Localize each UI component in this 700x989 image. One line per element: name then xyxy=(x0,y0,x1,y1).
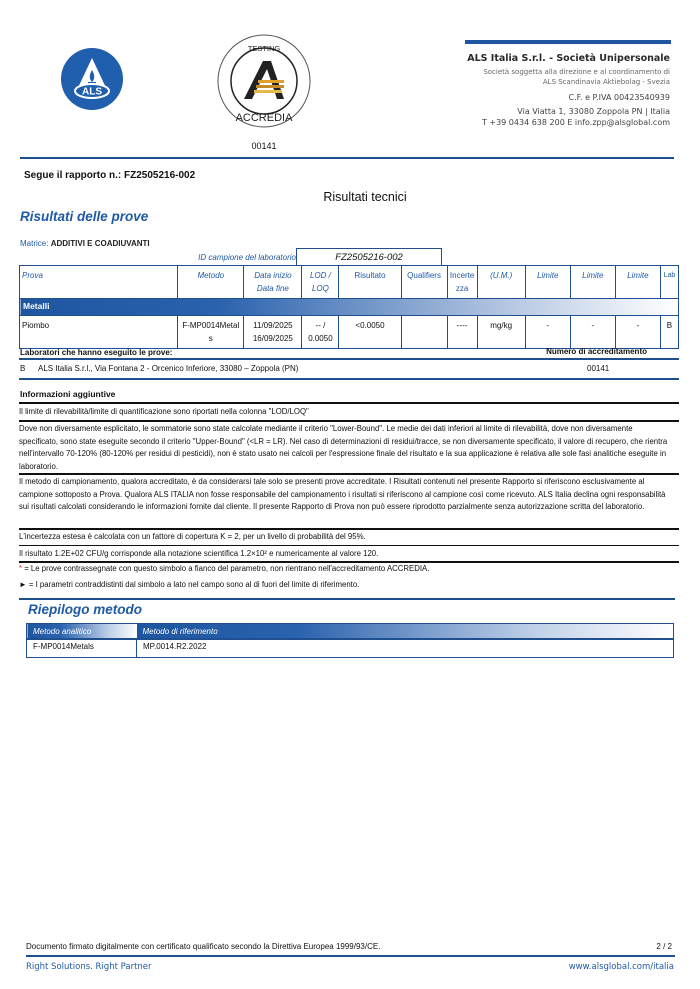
matrix-label: Matrice xyxy=(20,239,46,248)
company-address: Via Viatta 1, 33080 Zoppola PN | Italia xyxy=(467,106,670,117)
note-uncertainty: L'incertezza estesa è calcolata con un f… xyxy=(19,531,669,544)
note-bound: Dove non diversamente esplicitato, le so… xyxy=(19,423,669,473)
sample-id-label: ID campione del laboratorio xyxy=(150,253,296,262)
method-header-row: Metodo analitico Metodo di riferimento xyxy=(27,624,674,640)
svg-text:ACCREDIA: ACCREDIA xyxy=(236,112,294,124)
matrix-value: ADDITIVI E COADIUVANTI xyxy=(51,239,150,248)
cell-limite-1: - xyxy=(525,316,570,349)
report-reference: Segue il rapporto n.: FZ2505216-002 xyxy=(24,170,195,181)
col-limite-2: Limite xyxy=(570,266,615,299)
lab-code: B xyxy=(20,364,38,373)
triangle-right-icon: ► xyxy=(19,580,27,589)
info-title: Informazioni aggiuntive xyxy=(20,389,115,399)
cell-metodo-analitico: F-MP0014Metals xyxy=(27,639,137,658)
footer-website-link[interactable]: www.alsglobal.com/italia xyxy=(569,962,674,972)
results-section-title: Risultati delle prove xyxy=(20,209,148,224)
col-qualifiers: Qualifiers xyxy=(401,266,447,299)
company-sub-1: Società soggetta alla direzione e al coo… xyxy=(467,67,670,77)
cell-date: 11/09/202516/09/2025 xyxy=(244,316,302,349)
company-name: ALS Italia S.r.l. - Società Unipersonale xyxy=(467,53,670,64)
labs-header: Laboratori che hanno eseguito le prove: xyxy=(20,348,172,357)
labs-accreditation-header: Numero di accreditamento xyxy=(546,347,647,356)
footer-slogan: Right Solutions. Right Partner xyxy=(26,962,152,972)
cell-lod-loq: -- /0.0050 xyxy=(302,316,339,349)
method-summary-title: Riepilogo metodo xyxy=(28,602,142,617)
cell-prova: Piombo xyxy=(20,316,178,349)
cell-incertezza: ---- xyxy=(447,316,477,349)
cell-limite-3: - xyxy=(615,316,660,349)
method-summary-table: Metodo analitico Metodo di riferimento F… xyxy=(26,623,674,658)
group-row-metalli: Metalli xyxy=(20,299,679,316)
cell-limite-2: - xyxy=(570,316,615,349)
col-um: (U.M.) xyxy=(477,266,525,299)
svg-text:TESTING: TESTING xyxy=(248,44,281,53)
col-lab: Lab xyxy=(660,266,678,299)
col-data: Data inizioData fine xyxy=(244,266,302,299)
table-row: F-MP0014Metals MP.0014.R2.2022 xyxy=(27,639,674,658)
header-divider xyxy=(20,157,674,159)
col-metodo-riferimento: Metodo di riferimento xyxy=(137,624,674,640)
method-divider xyxy=(19,598,675,600)
labs-divider-top xyxy=(19,358,679,360)
lab-row: BALS Italia S.r.l., Via Fontana 2 - Orce… xyxy=(20,364,298,373)
cell-lab: B xyxy=(660,316,678,349)
info-rule xyxy=(19,473,679,475)
cell-um: mg/kg xyxy=(477,316,525,349)
note-scientific: Il risultato 1.2E+02 CFU/g corrisponde a… xyxy=(19,548,669,561)
company-sub-2: ALS Scandinavia Aktiebolag - Svezia xyxy=(467,77,670,87)
col-lod-loq: LOD /LOQ xyxy=(302,266,339,299)
cell-risultato: <0.0050 xyxy=(339,316,401,349)
signature-note: Documento firmato digitalmente con certi… xyxy=(26,942,380,951)
cell-metodo-riferimento: MP.0014.R2.2022 xyxy=(137,639,674,658)
als-logo: ALS xyxy=(61,48,123,110)
svg-text:ALS: ALS xyxy=(82,87,102,98)
company-contact: T +39 0434 638 200 E info.zpp@alsglobal.… xyxy=(467,117,670,128)
table-row: Piombo F-MP0014Metals 11/09/202516/09/20… xyxy=(20,316,679,349)
col-incertezza: Incertezza xyxy=(447,266,477,299)
info-rule xyxy=(19,402,679,404)
note-arrow: ► = I parametri contraddistinti dal simb… xyxy=(19,579,669,592)
note-lod: Il limite di rilevabilità/limite di quan… xyxy=(19,406,669,419)
page-number: 2 / 2 xyxy=(656,942,672,951)
info-rule xyxy=(19,545,679,546)
company-info: ALS Italia S.r.l. - Società Unipersonale… xyxy=(467,53,670,128)
col-limite-3: Limite xyxy=(615,266,660,299)
note-sampling: Il metodo di campionamento, qualora accr… xyxy=(19,476,669,514)
accreditation-number: 00141 xyxy=(216,141,312,151)
info-rule xyxy=(19,420,679,422)
note-star: * = Le prove contrassegnate con questo s… xyxy=(19,563,669,576)
sample-id: FZ2505216-002 xyxy=(296,248,442,266)
col-limite-1: Limite xyxy=(525,266,570,299)
header-accent-bar xyxy=(465,40,671,44)
info-rule xyxy=(19,528,679,530)
results-header-row: Prova Metodo Data inizioData fine LOD /L… xyxy=(20,266,679,299)
matrix-line: Matrice: ADDITIVI E COADIUVANTI xyxy=(20,239,150,248)
col-risultato: Risultato xyxy=(339,266,401,299)
cell-qualifiers xyxy=(401,316,447,349)
lab-name: ALS Italia S.r.l., Via Fontana 2 - Orcen… xyxy=(38,364,298,373)
col-prova: Prova xyxy=(20,266,178,299)
group-label: Metalli xyxy=(20,299,679,316)
footer-divider xyxy=(26,955,675,957)
col-metodo: Metodo xyxy=(178,266,244,299)
company-vat: C.F. e P.IVA 00423540939 xyxy=(467,93,670,102)
accredia-logo: TESTING ACCREDIA xyxy=(216,33,312,129)
lab-accreditation-number: 00141 xyxy=(587,364,609,373)
labs-divider-bottom xyxy=(19,378,679,380)
als-logo-icon: ALS xyxy=(61,48,123,110)
results-table: Prova Metodo Data inizioData fine LOD /L… xyxy=(19,265,679,349)
technical-results-title: Risultati tecnici xyxy=(0,190,700,204)
accredia-badge-icon: TESTING ACCREDIA xyxy=(216,33,312,129)
col-metodo-analitico: Metodo analitico xyxy=(27,624,137,640)
cell-metodo: F-MP0014Metals xyxy=(178,316,244,349)
